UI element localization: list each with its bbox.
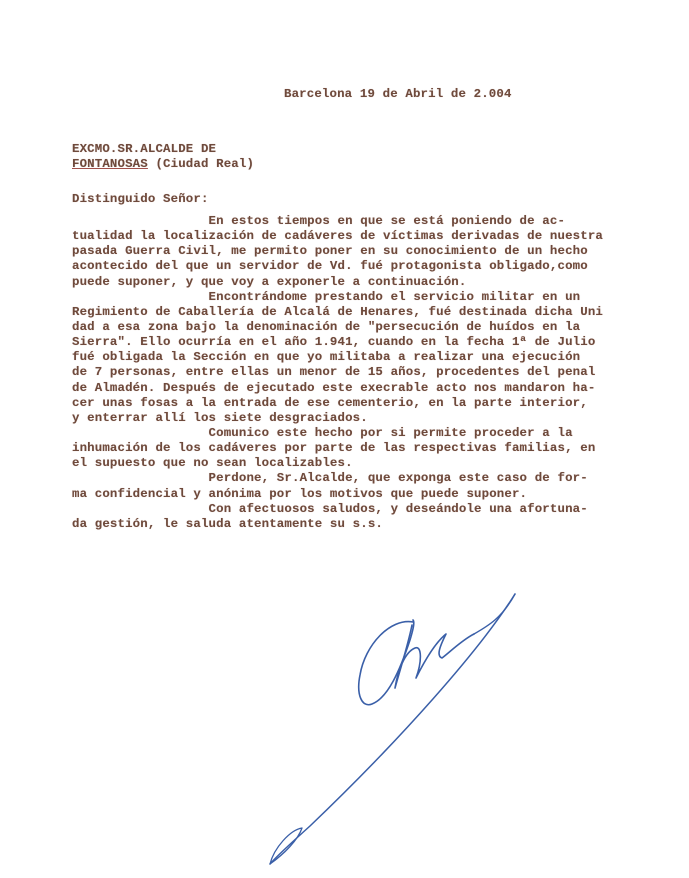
letter-body: En estos tiempos en que se está poniendo… [72, 214, 603, 532]
body-line: inhumación de los cadáveres por parte de… [72, 441, 603, 456]
addressee-line-2: FONTANOSAS (Ciudad Real) [72, 157, 254, 171]
letter-date: Barcelona 19 de Abril de 2.004 [284, 87, 512, 101]
body-line: Sierra". Ello ocurría en el año 1.941, c… [72, 335, 603, 350]
body-line: Comunico este hecho por si permite proce… [72, 426, 603, 441]
body-line: puede suponer, y que voy a exponerle a c… [72, 275, 603, 290]
body-line: el supuesto que no sean localizables. [72, 456, 603, 471]
body-line: tualidad la localización de cadáveres de… [72, 229, 603, 244]
body-line: Perdone, Sr.Alcalde, que exponga este ca… [72, 471, 603, 486]
salutation: Distinguido Señor: [72, 192, 209, 206]
body-line: Regimiento de Caballería de Alcalá de He… [72, 305, 603, 320]
body-line: acontecido del que un servidor de Vd. fu… [72, 259, 603, 274]
addressee-line-1: EXCMO.SR.ALCALDE DE [72, 142, 216, 156]
body-line: de Almadén. Después de ejecutado este ex… [72, 381, 603, 396]
addressee-province: (Ciudad Real) [148, 157, 254, 171]
body-line: y enterrar allí los siete desgraciados. [72, 411, 603, 426]
body-line: da gestión, le saluda atentamente su s.s… [72, 517, 603, 532]
handwritten-signature-icon [250, 590, 540, 870]
body-line: pasada Guerra Civil, me permito poner en… [72, 244, 603, 259]
body-line: Encontrándome prestando el servicio mili… [72, 290, 603, 305]
body-line: cer unas fosas a la entrada de ese cemen… [72, 396, 603, 411]
body-line: En estos tiempos en que se está poniendo… [72, 214, 603, 229]
body-line: fué obligada la Sección en que yo milita… [72, 350, 603, 365]
body-line: dad a esa zona bajo la denominación de "… [72, 320, 603, 335]
letter-page: Barcelona 19 de Abril de 2.004 EXCMO.SR.… [0, 0, 689, 878]
body-line: ma confidencial y anónima por los motivo… [72, 487, 603, 502]
body-line: de 7 personas, entre ellas un menor de 1… [72, 365, 603, 380]
addressee-town: FONTANOSAS [72, 157, 148, 171]
body-line: Con afectuosos saludos, y deseándole una… [72, 502, 603, 517]
